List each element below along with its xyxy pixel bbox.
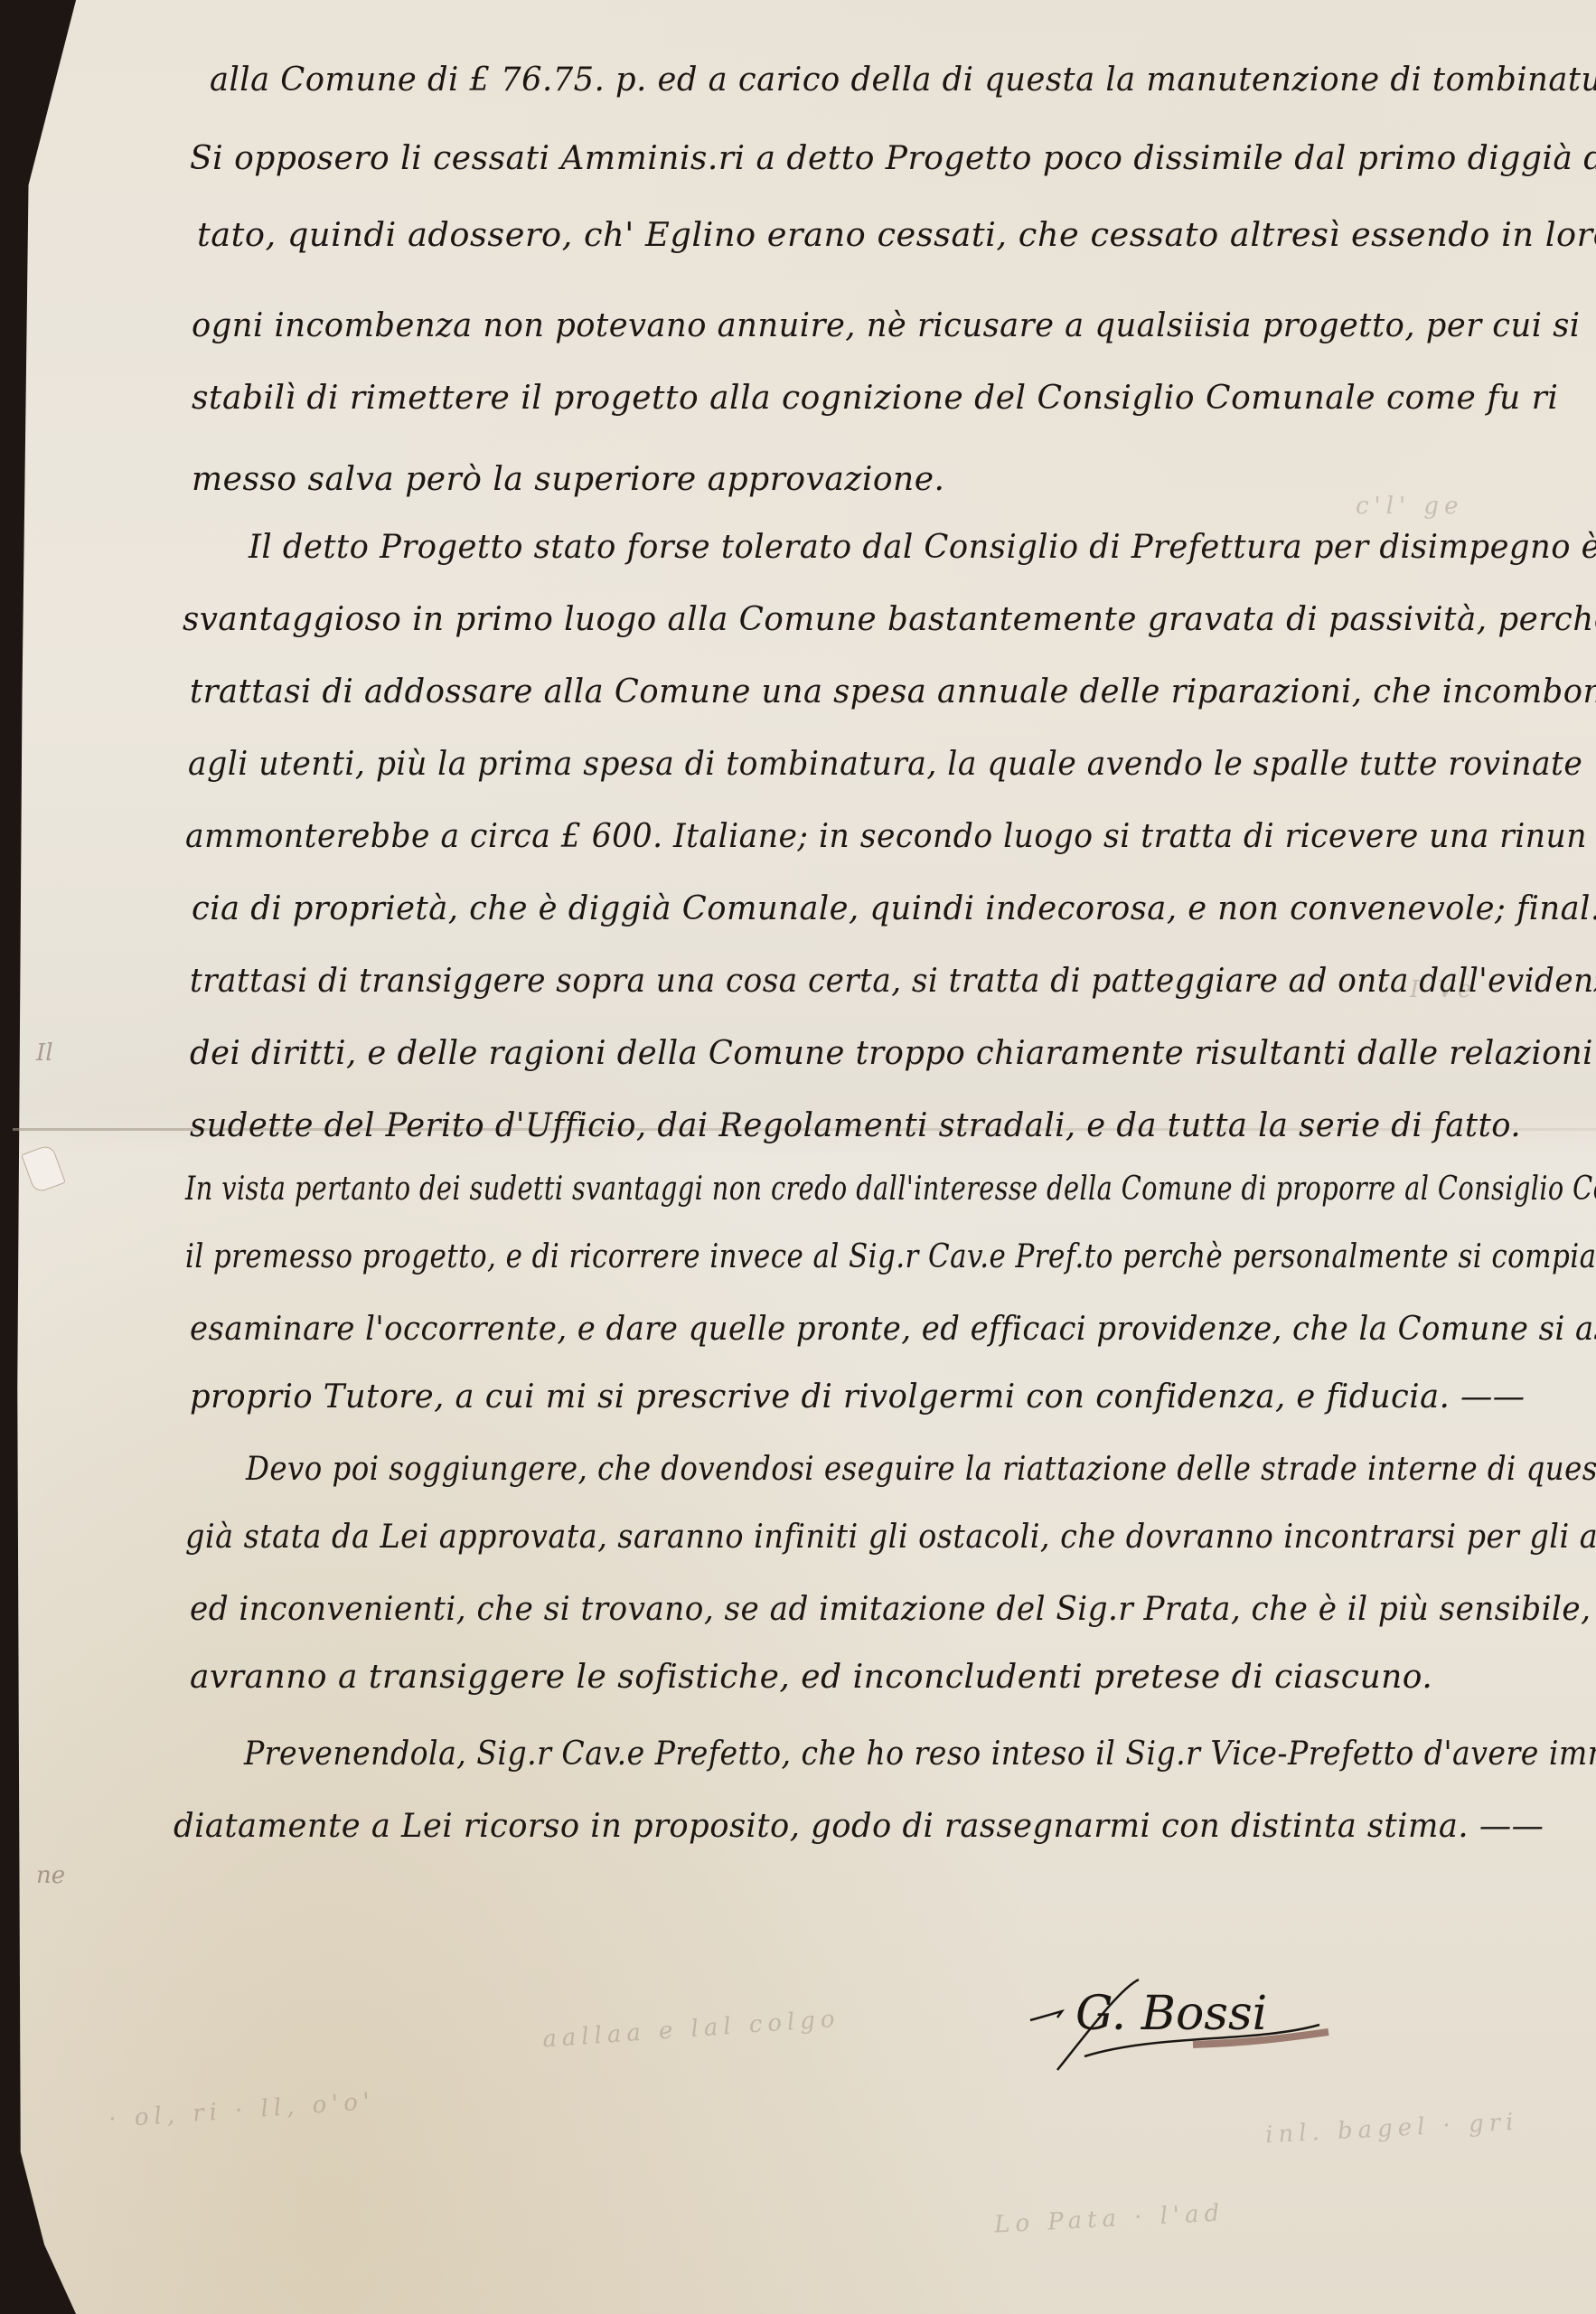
letter-line: Il detto Progetto stato forse tolerato d… — [249, 529, 1596, 566]
letter-line: sudette del Perito d'Ufficio, dai Regola… — [190, 1107, 1521, 1144]
letter-line: Prevenendola, Sig.r Cav.e Prefetto, che … — [244, 1735, 1596, 1773]
letter-line: stabilì di rimettere il progetto alla co… — [192, 380, 1558, 417]
letter-line: esaminare l'occorrente, e dare quelle pr… — [190, 1311, 1596, 1348]
letter-line: alla Comune di £ 76.75. p. ed a carico d… — [210, 61, 1596, 99]
signature: G. Bossi — [1021, 1971, 1428, 2079]
letter-body: alla Comune di £ 76.75. p. ed a carico d… — [0, 0, 1596, 2314]
letter-line: ammonterebbe a circa £ 600. Italiane; in… — [185, 818, 1587, 855]
letter-line: Si opposero li cessati Amminis.ri a dett… — [190, 140, 1596, 177]
letter-line: avranno a transiggere le sofistiche, ed … — [190, 1659, 1432, 1696]
letter-line: ed inconvenienti, che si trovano, se ad … — [190, 1591, 1596, 1628]
letter-line: ogni incombenza non potevano annuire, nè… — [192, 307, 1581, 344]
letter-line: svantaggioso in primo luogo alla Comune … — [183, 601, 1596, 638]
letter-line: trattasi di addossare alla Comune una sp… — [190, 673, 1596, 710]
document-scan: c'l' ge I Ve · ol, ri · ll, o'o' aallaa … — [0, 0, 1596, 2314]
letter-line: cia di proprietà, che è diggià Comunale,… — [192, 890, 1596, 927]
letter-line: già stata da Lei approvata, saranno infi… — [185, 1519, 1596, 1556]
letter-line: messo salva però la superiore approvazio… — [192, 461, 945, 498]
letter-line: trattasi di transiggere sopra una cosa c… — [190, 963, 1596, 1000]
letter-line: diatamente a Lei ricorso in proposito, g… — [174, 1808, 1544, 1845]
letter-line: Devo poi soggiungere, che dovendosi eseg… — [246, 1451, 1596, 1488]
letter-line: proprio Tutore, a cui mi si prescrive di… — [190, 1378, 1526, 1416]
letter-line: tato, quindi adossero, ch' Eglino erano … — [197, 217, 1596, 254]
letter-line: agli utenti, più la prima spesa di tombi… — [188, 746, 1582, 783]
letter-line: In vista pertanto dei sudetti svantaggi … — [185, 1171, 1596, 1208]
signature-name: G. Bossi — [1075, 1987, 1267, 2041]
letter-line: dei diritti, e delle ragioni della Comun… — [190, 1035, 1593, 1072]
letter-line: il premesso progetto, e di ricorrere inv… — [185, 1238, 1596, 1275]
